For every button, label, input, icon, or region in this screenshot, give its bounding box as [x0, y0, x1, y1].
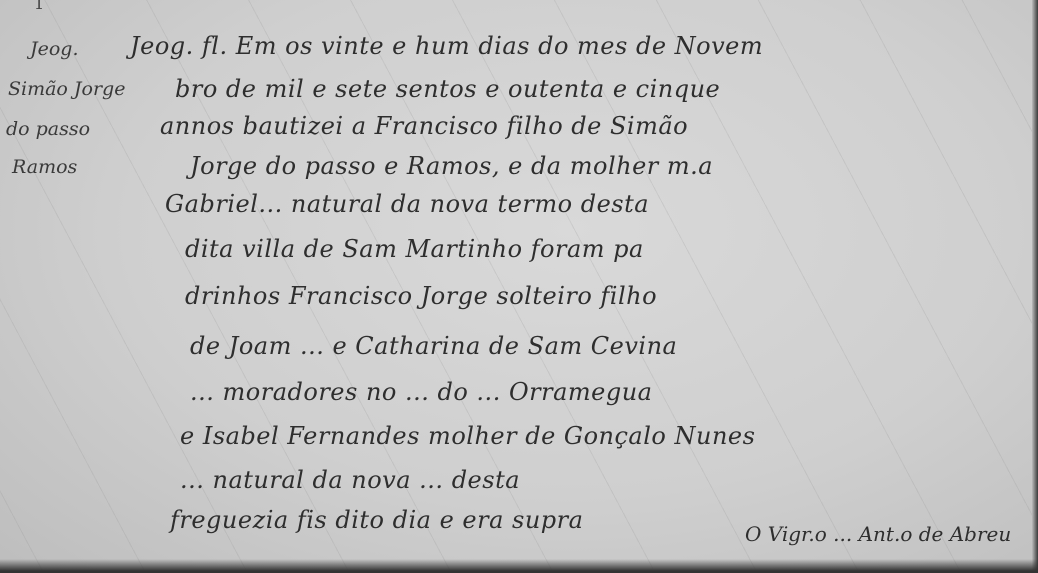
body-line: dita villa de Sam Martinho foram pa: [185, 235, 644, 263]
signature: O Vigr.o ... Ant.o de Abreu: [745, 522, 1011, 546]
folio-mark: 1: [34, 0, 44, 13]
margin-note-line: Simão Jorge: [8, 78, 125, 100]
body-line: annos bautizei a Francisco filho de Simã…: [160, 112, 688, 140]
body-line: ... moradores no ... do ... Orramegua: [190, 378, 652, 406]
body-line: Jorge do passo e Ramos, e da molher m.a: [190, 152, 713, 180]
body-line: de Joam ... e Catharina de Sam Cevina: [190, 332, 677, 360]
margin-note-line: Ramos: [12, 156, 77, 178]
manuscript-page: 1 Jeog. Simão Jorge do passo Ramos Jeog.…: [0, 0, 1038, 573]
body-line: Gabriel... natural da nova termo desta: [165, 190, 649, 218]
body-line: ... natural da nova ... desta: [180, 466, 520, 494]
body-line: Jeog. fl. Em os vinte e hum dias do mes …: [130, 32, 763, 60]
body-line: freguezia fis dito dia e era supra: [170, 506, 583, 534]
body-line: bro de mil e sete sentos e outenta e cin…: [175, 75, 720, 103]
body-line: drinhos Francisco Jorge solteiro filho: [185, 282, 657, 310]
body-line: e Isabel Fernandes molher de Gonçalo Nun…: [180, 422, 755, 450]
page-edge: [1032, 0, 1038, 573]
margin-note-line: do passo: [6, 118, 90, 140]
margin-note-line: Jeog.: [30, 38, 79, 60]
page-shadow: [0, 559, 1038, 573]
